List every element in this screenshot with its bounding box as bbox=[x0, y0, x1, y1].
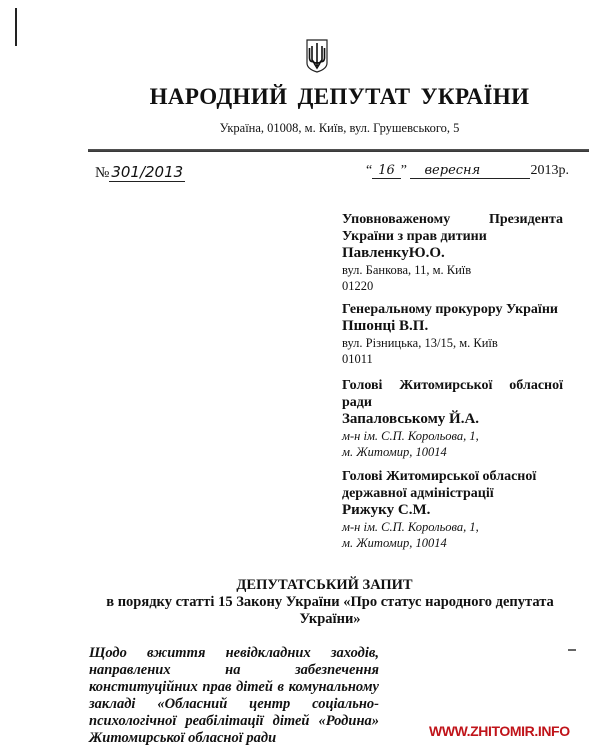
recipient-address-line: 01220 bbox=[342, 278, 563, 294]
recipient-address-line: 01011 bbox=[342, 351, 563, 367]
recipient-address-line: м. Житомир, 10014 bbox=[342, 444, 563, 460]
letterhead-address: Україна, 01008, м. Київ, вул. Грушевсько… bbox=[0, 121, 589, 136]
trident-emblem-icon bbox=[306, 39, 328, 73]
recipient-address-line: м-н ім. С.П. Корольова, 1, bbox=[342, 428, 563, 444]
margin-mark bbox=[15, 8, 17, 46]
recipient-role-line: Генеральному прокурору України bbox=[342, 301, 563, 318]
recipient-address-line: вул. Різницька, 13/15, м. Київ bbox=[342, 335, 563, 351]
letterhead-title: НАРОДНИЙ ДЕПУТАТ УКРАЇНИ bbox=[0, 84, 589, 110]
recipient-role-line: Голові Житомирської обласної bbox=[342, 468, 563, 485]
recipient-role-line: ради bbox=[342, 394, 563, 411]
site-watermark: WWW.ZHITOMIR.INFO bbox=[429, 723, 570, 739]
registration-number: №301/2013 bbox=[95, 163, 185, 182]
handwritten-number: 301/2013 bbox=[109, 163, 185, 182]
recipient-address-line: вул. Банкова, 11, м. Київ bbox=[342, 262, 563, 278]
recipient-name: ПавленкуЮ.О. bbox=[342, 245, 563, 262]
recipient-ombudsman: Уповноваженому Президента України з прав… bbox=[342, 211, 563, 294]
recipient-name: Рижуку С.М. bbox=[342, 502, 563, 519]
recipient-name: Запаловському Й.А. bbox=[342, 411, 563, 428]
number-prefix: № bbox=[95, 165, 109, 181]
request-title: ДЕПУТАТСЬКИЙ ЗАПИТ bbox=[60, 577, 589, 594]
recipient-role-line: державної адміністрації bbox=[342, 485, 563, 502]
recipient-address-line: м-н ім. С.П. Корольова, 1, bbox=[342, 519, 563, 535]
scan-smudge bbox=[568, 649, 576, 651]
close-quote: ” bbox=[401, 163, 407, 178]
recipient-regional-council: Голові Житомирської обласної ради Запало… bbox=[342, 377, 563, 460]
letterhead-divider bbox=[88, 149, 589, 152]
recipient-role-line: Уповноваженому Президента bbox=[342, 211, 563, 228]
recipient-address-line: м. Житомир, 10014 bbox=[342, 535, 563, 551]
handwritten-month: вересня bbox=[410, 163, 530, 179]
recipient-prosecutor: Генеральному прокурору України Пшонці В.… bbox=[342, 301, 563, 367]
date-year: 2013р. bbox=[530, 163, 569, 178]
request-subject: Щодо вжиття невідкладних заходів, направ… bbox=[89, 645, 379, 747]
request-subtitle: в порядку статті 15 Закону України «Про … bbox=[95, 594, 565, 628]
recipient-role-line: України з прав дитини bbox=[342, 228, 563, 245]
handwritten-day: 16 bbox=[372, 163, 401, 179]
recipient-name: Пшонці В.П. bbox=[342, 318, 563, 335]
recipient-role-line: Голові Житомирської обласної bbox=[342, 377, 563, 394]
registration-date: “16” вересня2013р. bbox=[366, 163, 569, 179]
recipient-regional-administration: Голові Житомирської обласної державної а… bbox=[342, 468, 563, 551]
